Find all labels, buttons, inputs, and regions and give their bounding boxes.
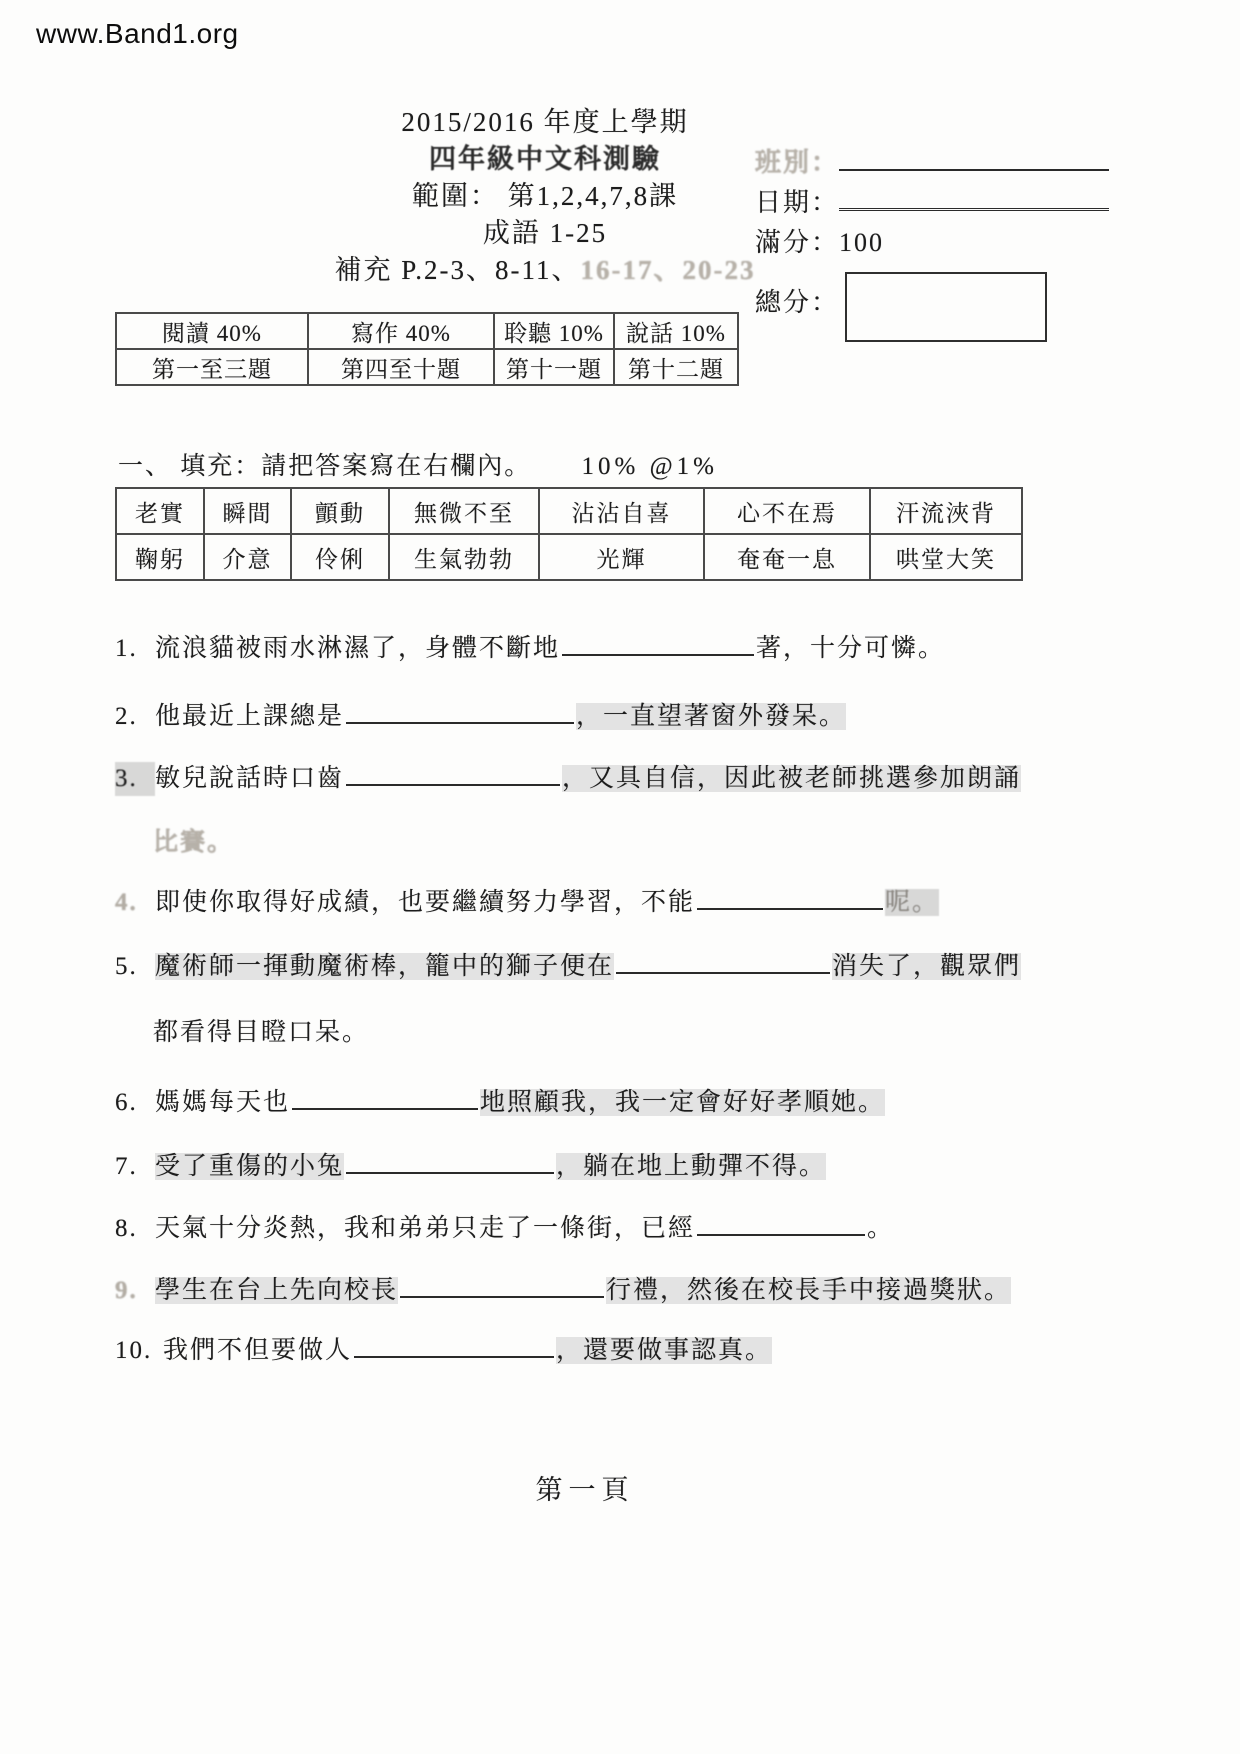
question-4: 4. 即使你取得好成績，也要繼續努力學習，不能呢。 [115,886,1175,920]
score-cell: 寫作 40% [308,313,494,349]
question-number: 10. [115,1334,163,1368]
score-cell: 第十一題 [494,349,614,385]
score-cell: 聆聽 10% [494,313,614,349]
question-pre: 天氣十分炎熱，我和弟弟只走了一條街，已經 [155,1215,695,1242]
score-cell: 說話 10% [614,313,738,349]
exam-header: 2015/2016 年度上學期 四年級中文科測驗 範圍： 第1,2,4,7,8課… [265,104,825,289]
word-bank-cell: 老實 [116,488,204,534]
question-10: 10. 我們不但要做人，還要做事認真。 [115,1334,1175,1368]
word-bank-row: 老實 瞬間 顫動 無微不至 沾沾自喜 心不在焉 汗流浹背 [116,488,1022,534]
question-pre: 流浪貓被雨水淋濕了，身體不斷地 [155,635,560,662]
question-text: 他最近上課總是，一直望著窗外發呆。 [155,700,846,734]
question-9: 9. 學生在台上先向校長行禮，然後在校長手中接過獎狀。 [115,1274,1175,1308]
supplement-faded: 16-17、20-23 [581,255,756,285]
question-text: 即使你取得好成績，也要繼續努力學習，不能呢。 [155,886,939,920]
exam-scope: 範圍： 第1,2,4,7,8課 [265,178,825,215]
full-marks-value: 100 [839,228,884,257]
fill-blank [562,634,754,656]
supplement-clear: 補充 P.2-3、8-11、 [335,255,581,285]
fill-blank [346,764,560,786]
question-2: 2. 他最近上課總是，一直望著窗外發呆。 [115,700,1175,734]
question-7: 7. 受了重傷的小兔，躺在地上動彈不得。 [115,1150,1175,1184]
question-pre: 即使你取得好成績，也要繼續努力學習，不能 [155,889,695,916]
word-bank-cell: 生氣勃勃 [389,534,539,580]
fill-blank [697,1214,865,1236]
exam-idioms-range: 成語 1-25 [265,215,825,252]
word-bank-cell: 奄奄一息 [704,534,870,580]
question-number: 3. [115,762,155,796]
exam-term-title: 2015/2016 年度上學期 [265,104,825,141]
score-cell: 第四至十題 [308,349,494,385]
word-bank-cell: 心不在焉 [704,488,870,534]
word-bank-cell: 哄堂大笑 [870,534,1022,580]
exam-subject-title: 四年級中文科測驗 [265,141,825,178]
question-number: 5. [115,950,155,984]
score-cell: 第一至三題 [116,349,308,385]
fill-blank [400,1276,604,1298]
question-6: 6. 媽媽每天也地照顧我，我一定會好好孝順她。 [115,1086,1175,1120]
question-pre: 魔術師一揮動魔術棒，籠中的獅子便在 [155,953,614,980]
question-text: 魔術師一揮動魔術棒，籠中的獅子便在消失了，觀眾們 [155,950,1021,984]
question-3-continuation: 比賽。 [153,822,234,858]
question-5-continuation: 都看得目瞪口呆。 [153,1012,369,1048]
section1-marks: 10% @1% [582,453,718,480]
fill-blank [292,1088,478,1110]
question-post: ，一直望著窗外發呆。 [576,703,846,730]
question-post: 行禮，然後在校長手中接過獎狀。 [606,1277,1011,1304]
question-post: 。 [867,1215,894,1242]
full-marks-label: 滿分： [755,228,839,257]
word-bank-cell: 汗流浹背 [870,488,1022,534]
question-pre: 受了重傷的小兔 [155,1153,344,1180]
word-bank-cell: 無微不至 [389,488,539,534]
date-label: 日期： [755,188,839,217]
class-fill-line [839,147,1109,171]
score-cell: 閱讀 40% [116,313,308,349]
question-pre: 學生在台上先向校長 [155,1277,398,1304]
question-post: 著，十分可憐。 [756,635,945,662]
question-pre: 他最近上課總是 [155,703,344,730]
question-text: 學生在台上先向校長行禮，然後在校長手中接過獎狀。 [155,1274,1011,1308]
question-number: 2. [115,700,155,734]
word-bank-cell: 介意 [204,534,291,580]
class-label: 班別： [755,148,839,177]
fill-blank [616,952,830,974]
fill-blank [346,702,574,724]
word-bank-cell: 鞠躬 [116,534,204,580]
date-fill-line [839,186,1109,211]
score-cell: 第十二題 [614,349,738,385]
question-1: 1. 流浪貓被雨水淋濕了，身體不斷地著，十分可憐。 [115,632,1175,666]
question-number: 1. [115,632,155,666]
question-post: ，躺在地上動彈不得。 [556,1153,826,1180]
question-pre: 媽媽每天也 [155,1089,290,1116]
fill-blank [354,1336,554,1358]
page-number: 第一頁 [0,1468,1170,1507]
question-number: 6. [115,1086,155,1120]
question-post: 消失了，觀眾們 [832,953,1021,980]
fill-blank [697,888,883,910]
word-bank-cell: 瞬間 [204,488,291,534]
question-text: 媽媽每天也地照顧我，我一定會好好孝順她。 [155,1086,885,1120]
question-post: ，又具自信，因此被老師挑選參加朗誦 [562,765,1021,792]
word-bank-cell: 伶俐 [291,534,389,580]
question-number: 8. [115,1212,155,1246]
question-post: 呢。 [885,889,939,916]
student-info-block: 班別： 日期： 滿分：100 總分： [755,142,1109,262]
site-watermark: www.Band1.org [36,18,239,50]
section1-heading: 一、 填充：請把答案寫在右欄內。 10% @1% [118,446,718,482]
question-pre: 敏兒說話時口齒 [155,765,344,792]
question-text: 天氣十分炎熱，我和弟弟只走了一條街，已經。 [155,1212,894,1246]
fill-blank [346,1152,554,1174]
question-number: 4. [115,886,155,920]
question-post: 地照顧我，我一定會好好孝順她。 [480,1089,885,1116]
word-bank-cell: 顫動 [291,488,389,534]
question-text: 我們不但要做人，還要做事認真。 [163,1334,772,1368]
word-bank-cell: 光輝 [539,534,704,580]
total-marks-box [845,272,1047,342]
total-marks-label: 總分： [755,288,839,317]
question-post: ，還要做事認真。 [556,1337,772,1364]
question-8: 8. 天氣十分炎熱，我和弟弟只走了一條街，已經。 [115,1212,1175,1246]
section1-title: 一、 填充：請把答案寫在右欄內。 [118,453,531,480]
score-question-row: 第一至三題 第四至十題 第十一題 第十二題 [116,349,738,385]
word-bank-cell: 沾沾自喜 [539,488,704,534]
score-distribution-table: 閱讀 40% 寫作 40% 聆聽 10% 說話 10% 第一至三題 第四至十題 … [115,312,739,386]
question-number: 9. [115,1274,155,1308]
word-bank-table: 老實 瞬間 顫動 無微不至 沾沾自喜 心不在焉 汗流浹背 鞠躬 介意 伶俐 生氣… [115,487,1023,581]
question-text: 敏兒說話時口齒，又具自信，因此被老師挑選參加朗誦 [155,762,1021,796]
question-text: 受了重傷的小兔，躺在地上動彈不得。 [155,1150,826,1184]
question-pre: 我們不但要做人 [163,1337,352,1364]
question-number: 7. [115,1150,155,1184]
word-bank-row: 鞠躬 介意 伶俐 生氣勃勃 光輝 奄奄一息 哄堂大笑 [116,534,1022,580]
score-header-row: 閱讀 40% 寫作 40% 聆聽 10% 說話 10% [116,313,738,349]
question-text: 流浪貓被雨水淋濕了，身體不斷地著，十分可憐。 [155,632,945,666]
exam-supplement-range: 補充 P.2-3、8-11、16-17、20-23 [265,252,825,289]
question-5: 5. 魔術師一揮動魔術棒，籠中的獅子便在消失了，觀眾們 [115,950,1175,984]
question-3: 3. 敏兒說話時口齒，又具自信，因此被老師挑選參加朗誦 [115,762,1175,796]
